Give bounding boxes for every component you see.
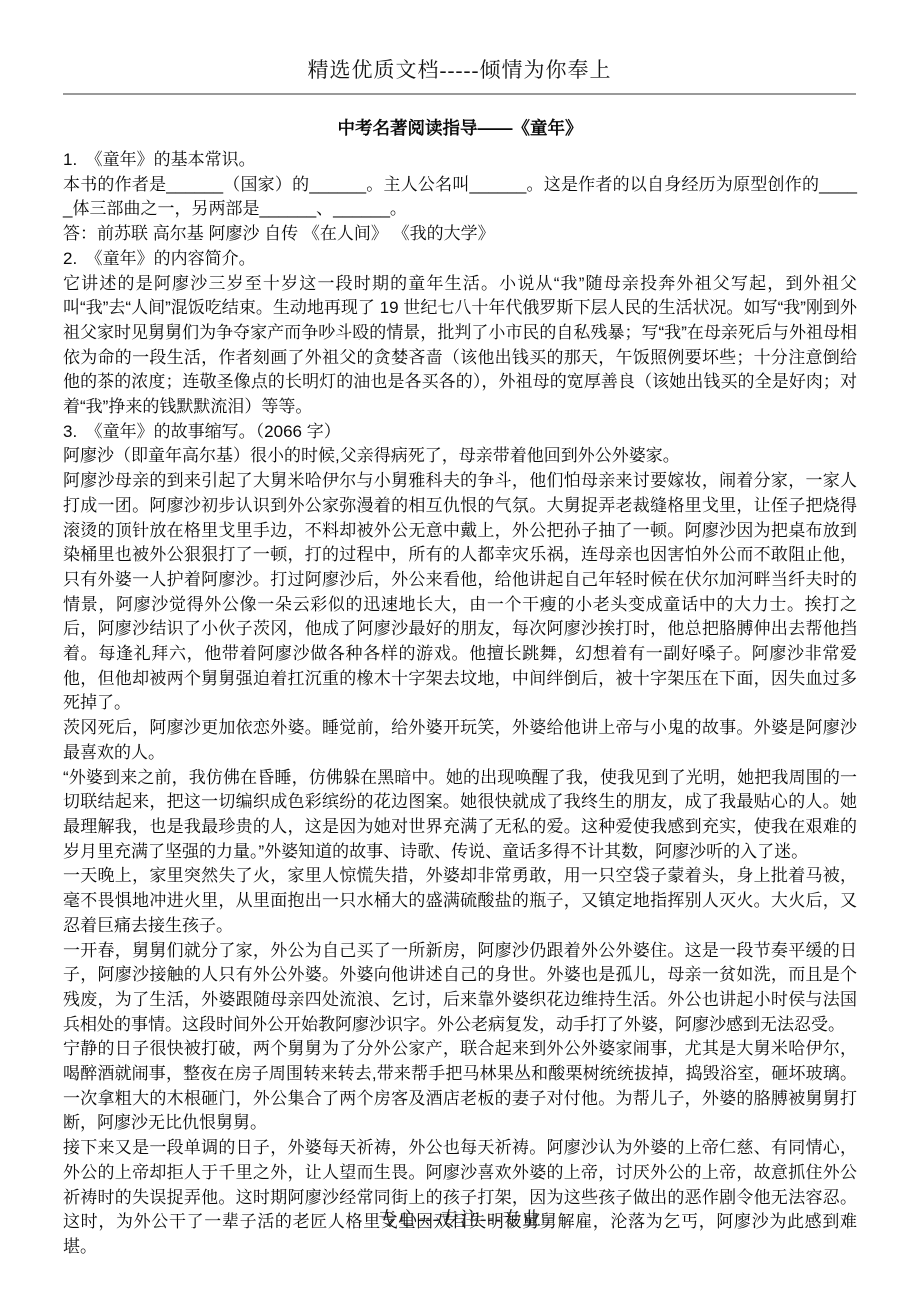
paragraph-prayer-days: 接下来又是一段单调的日子，外婆每天祈祷，外公也每天祈祷。阿廖沙认为外婆的上帝仁慈… bbox=[63, 1136, 857, 1260]
paragraph-section1-heading: 1. 《童年》的基本常识。 bbox=[63, 148, 857, 173]
paragraph-section3-heading: 3. 《童年》的故事缩写。（2066 字） bbox=[63, 420, 857, 445]
paragraph-fill-in-question: 本书的作者是______（国家）的______。主人公名叫______。这是作者… bbox=[63, 173, 857, 222]
paragraph-grandma-quote: “外婆到来之前，我仿佛在昏睡，仿佛躲在黑暗中。她的出现唤醒了我，使我见到了光明，… bbox=[63, 766, 857, 865]
paragraph-answer-line: 答：前苏联 高尔基 阿廖沙 自传 《在人间》 《我的大学》 bbox=[63, 222, 857, 247]
paragraph-spring-newhouse: 一开春，舅舅们就分了家，外公为自己买了一所新房，阿廖沙仍跟着外公外婆住。这是一段… bbox=[63, 939, 857, 1038]
document-body: 中考名著阅读指导——《童年》 1. 《童年》的基本常识。 本书的作者是_____… bbox=[63, 116, 857, 1260]
paragraph-story-intro: 阿廖沙（即童年高尔基）很小的时候,父亲得病死了，母亲带着他回到外公外婆家。 bbox=[63, 444, 857, 469]
document-header-note: 精选优质文档-----倾情为你奉上 bbox=[63, 54, 856, 95]
paragraph-content-summary: 它讲述的是阿廖沙三岁至十岁这一段时期的童年生活。小说从“我”随母亲投奔外祖父写起… bbox=[63, 272, 857, 420]
paragraph-family-fight: 阿廖沙母亲的到来引起了大舅米哈伊尔与小舅雅科夫的争斗，他们怕母亲来讨要嫁妆，闹着… bbox=[63, 469, 857, 716]
paragraph-uncles-trouble: 宁静的日子很快被打破，两个舅舅为了分外公家产，联合起来到外公外婆家闹事，尤其是大… bbox=[63, 1037, 857, 1136]
paragraph-section2-heading: 2. 《童年》的内容简介。 bbox=[63, 247, 857, 272]
paragraph-fire-night: 一天晚上，家里突然失了火，家里人惊慌失措，外婆却非常勇敢，用一只空袋子蒙着头，身… bbox=[63, 864, 857, 938]
document-footer-note: 专心---专注---专业 bbox=[0, 1204, 920, 1231]
paragraph-grandma-attachment: 茨冈死后，阿廖沙更加依恋外婆。睡觉前，给外婆开玩笑，外婆给他讲上帝与小鬼的故事。… bbox=[63, 716, 857, 765]
page-title: 中考名著阅读指导——《童年》 bbox=[63, 116, 857, 141]
document-page: 精选优质文档-----倾情为你奉上 中考名著阅读指导——《童年》 1. 《童年》… bbox=[0, 0, 920, 1302]
